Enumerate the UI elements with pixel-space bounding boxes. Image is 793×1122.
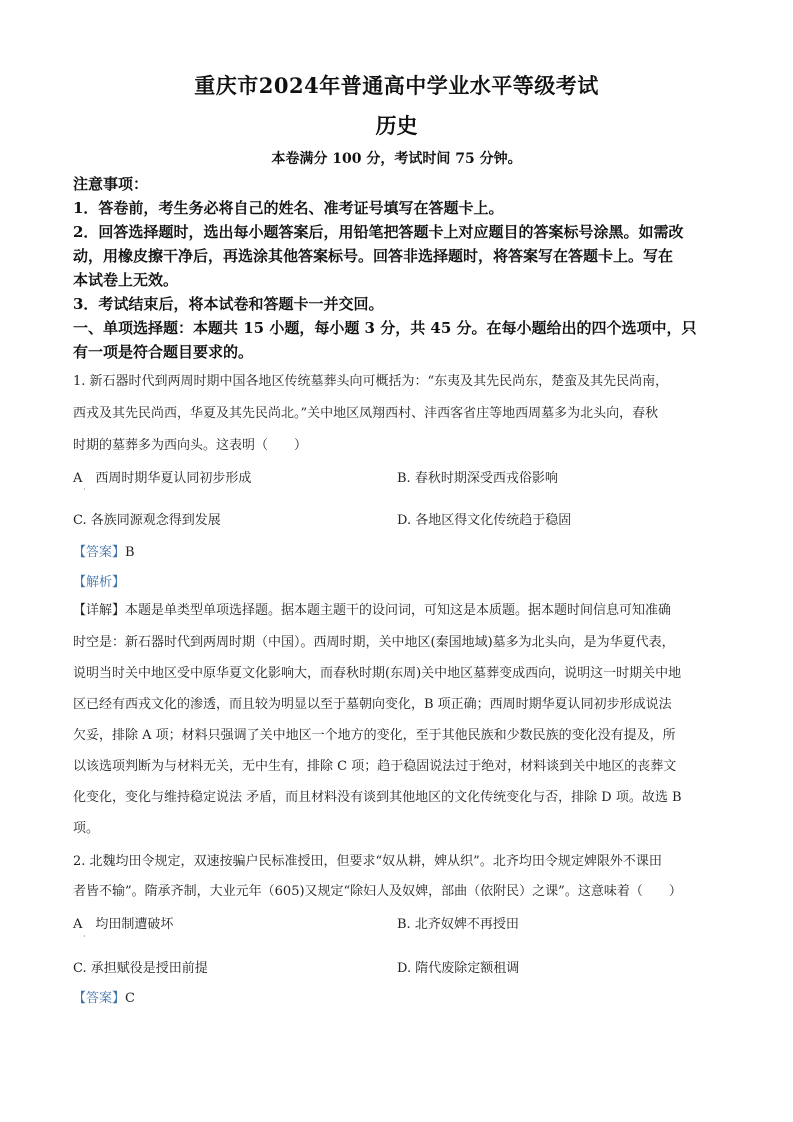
answer-value: B	[125, 545, 135, 560]
q1-detail-line: 项。	[73, 820, 728, 838]
answer-label: 【答案】	[73, 991, 125, 1006]
q1-option-c: C. 各族同源观念得到发展	[73, 509, 221, 528]
q2-option-b: B. 北齐奴婢不再授田	[397, 913, 519, 932]
subject-title: 历史	[0, 110, 793, 140]
notice-item: 动，用橡皮擦干净后，再选涂其他答案标号。回答非选择题时，将答案写在答题卡上。写在	[73, 244, 723, 268]
notice-item: 本试卷上无效。	[73, 268, 723, 292]
question-1-stem: 西戎及其先民尚西，华夏及其先民尚北。”关中地区凤翔西村、沣西客省庄等地西周墓多为…	[73, 405, 728, 423]
q1-option-b: B. 春秋时期深受西戎俗影响	[397, 467, 558, 486]
exam-page: 重庆市2024年普通高中学业水平等级考试 历史 本卷满分 100 分，考试时间 …	[0, 0, 793, 1122]
section-heading: 有一项是符合题目要求的。	[73, 340, 723, 364]
q2-option-c: C. 承担赋役是授田前提	[73, 957, 208, 976]
q2-option-d: D. 隋代废除定额租调	[397, 957, 519, 976]
q1-detail-line: 时空是：新石器时代到两周时期（中国）。西周时期，关中地区(秦国地域)墓多为北头向…	[73, 634, 728, 652]
q1-detail-line: 化变化，变化与维持稳定说法 矛盾，而且材料没有谈到其他地区的文化传统变化与否，排…	[73, 789, 728, 807]
q1-detail-line: 说明当时关中地区受中原华夏文化影响大，而春秋时期(东周)关中地区墓葬变成西向，说…	[73, 665, 728, 683]
section-heading: 一、单项选择题：本题共 15 小题，每小题 3 分，共 45 分。在每小题给出的…	[73, 316, 723, 340]
q2-answer: 【答案】C	[73, 987, 135, 1006]
notice-heading: 注意事项：	[73, 172, 723, 196]
notice-item: 1．答卷前，考生务必将自己的姓名、准考证号填写在答题卡上。	[73, 196, 723, 220]
answer-label: 【答案】	[73, 545, 125, 560]
question-1-stem: 时期的墓葬多为西向头。这表明（ ）	[73, 437, 728, 455]
q1-analysis-label: 【解析】	[73, 571, 125, 590]
q1-detail-line: 欠妥，排除 A 项；材料只强调了关中地区一个地方的变化，至于其他民族和少数民族的…	[73, 727, 728, 745]
q1-detail-line: 【详解】本题是单类型单项选择题。据本题主题干的设问词，可知这是本质题。据本题时间…	[73, 602, 728, 620]
q1-answer: 【答案】B	[73, 541, 135, 560]
q1-detail-line: 以该选项判断为与材料无关，无中生有，排除 C 项；趋于稳固说法过于绝对，材料谈到…	[73, 758, 728, 776]
detail-label: 【详解】	[73, 603, 125, 618]
exam-meta: 本卷满分 100 分，考试时间 75 分钟。	[0, 148, 793, 168]
notice-item: 2．回答选择题时，选出每小题答案后，用铅笔把答题卡上对应题目的答案标号涂黑。如需…	[73, 220, 723, 244]
stray-dot: ·	[83, 485, 86, 494]
q1-option-a: A 西周时期华夏认同初步形成	[73, 467, 251, 486]
q2-option-a: A 均田制遭破坏	[73, 913, 173, 932]
answer-value: C	[125, 991, 135, 1006]
question-2-stem: 2. 北魏均田令规定，双速按骗户民标准授田，但要求“奴从耕，婢从织”。北齐均田令…	[73, 853, 728, 871]
q1-option-d: D. 各地区得文化传统趋于稳固	[397, 509, 571, 528]
question-2-stem: 者皆不输”。隋承齐制，大业元年（605)又规定“除妇人及奴婢，部曲（依附民）之课…	[73, 883, 728, 901]
q1-detail-line: 区已经有西戎文化的渗透，而且较为明显以至于墓朝向变化，B 项正确；西周时期华夏认…	[73, 696, 728, 714]
question-1-stem: 1. 新石器时代到两周时期中国各地区传统墓葬头向可概括为：“东夷及其先民尚东，楚…	[73, 373, 728, 391]
exam-title: 重庆市2024年普通高中学业水平等级考试	[0, 70, 793, 100]
notice-item: 3．考试结束后，将本试卷和答题卡一并交回。	[73, 292, 723, 316]
stray-dot: ·	[83, 932, 86, 941]
